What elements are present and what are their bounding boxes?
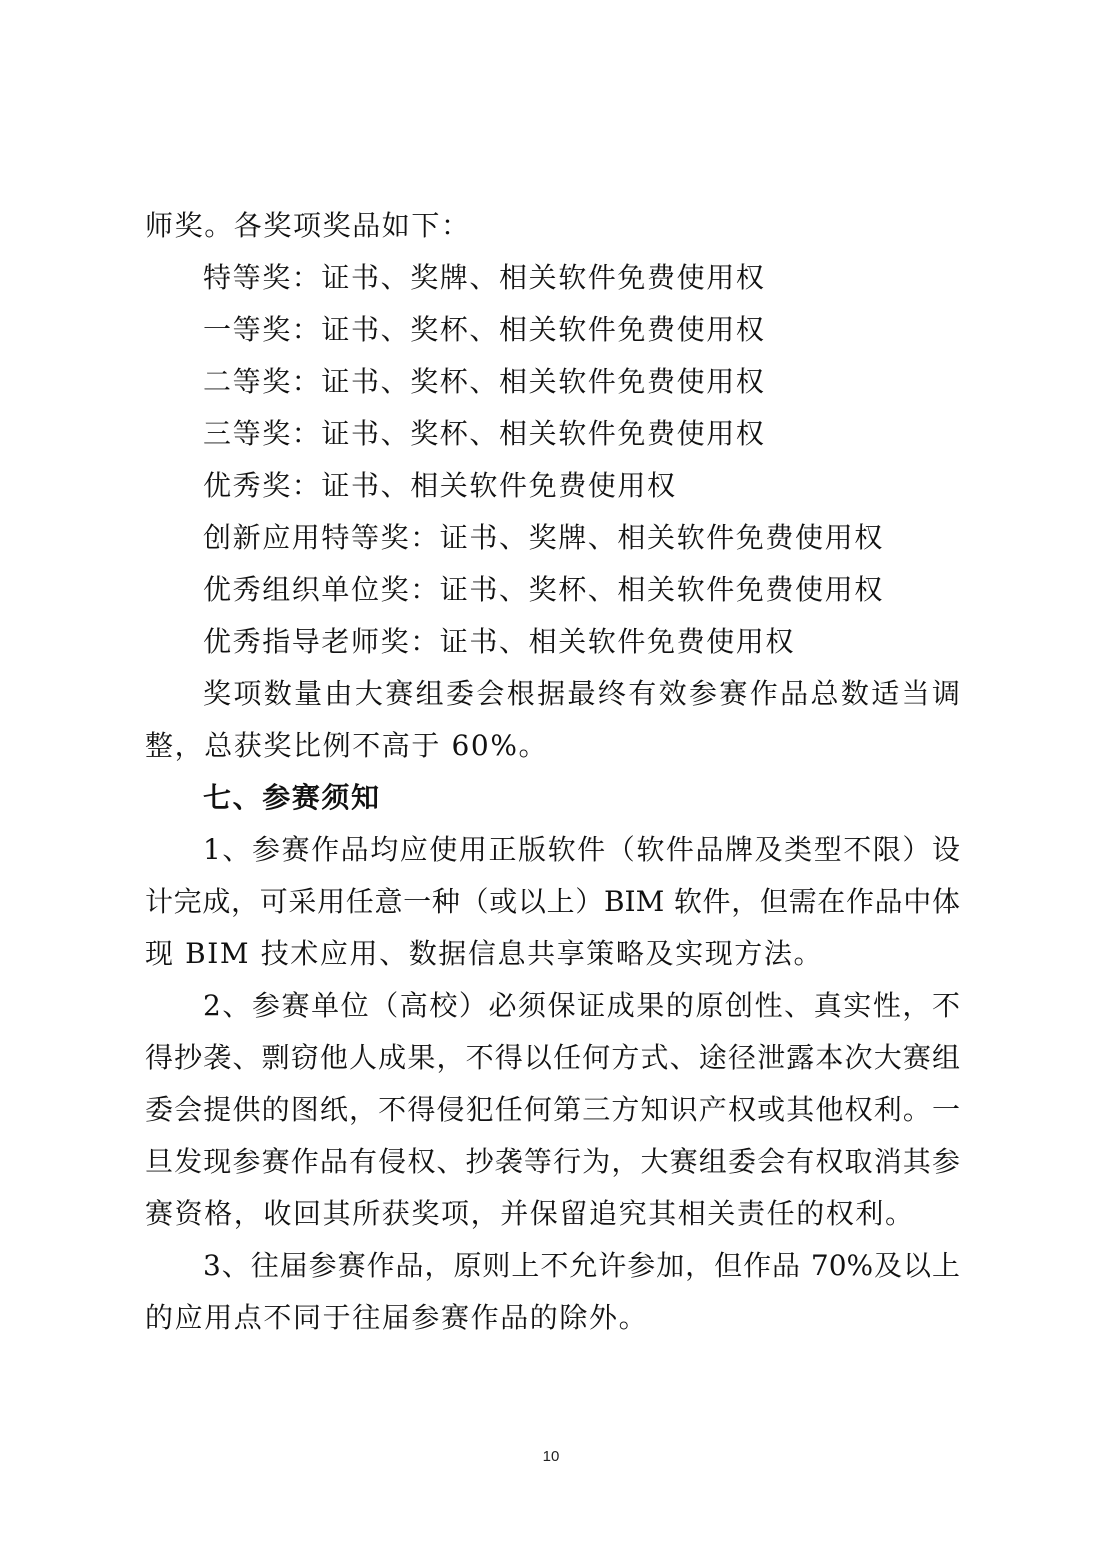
award-item: 优秀奖：证书、相关软件免费使用权 — [203, 470, 677, 502]
rule-line: 的应用点不同于往届参赛作品的除外。 — [145, 1302, 648, 1334]
rule-line: 旦发现参赛作品有侵权、抄袭等行为，大赛组委会有权取消其参 — [145, 1146, 960, 1178]
award-item: 创新应用特等奖：证书、奖牌、相关软件免费使用权 — [203, 522, 884, 554]
award-note-line: 整，总获奖比例不高于 60%。 — [145, 730, 548, 762]
section-heading: 七、参赛须知 — [203, 782, 381, 814]
rule-line: 得抄袭、剽窃他人成果，不得以任何方式、途径泄露本次大赛组 — [145, 1042, 960, 1074]
award-item: 三等奖：证书、奖杯、相关软件免费使用权 — [203, 418, 765, 450]
rule-line: 3、往届参赛作品，原则上不允许参加，但作品 70%及以上 — [203, 1250, 960, 1282]
rule-line: 2、参赛单位（高校）必须保证成果的原创性、真实性，不 — [203, 990, 960, 1022]
award-note-line: 奖项数量由大赛组委会根据最终有效参赛作品总数适当调 — [203, 678, 960, 710]
award-item: 特等奖：证书、奖牌、相关软件免费使用权 — [203, 262, 765, 294]
rule-line: 1、参赛作品均应使用正版软件（软件品牌及类型不限）设 — [203, 834, 960, 866]
award-item: 二等奖：证书、奖杯、相关软件免费使用权 — [203, 366, 765, 398]
award-item: 一等奖：证书、奖杯、相关软件免费使用权 — [203, 314, 765, 346]
intro-line: 师奖。各奖项奖品如下： — [145, 210, 471, 242]
award-item: 优秀组织单位奖：证书、奖杯、相关软件免费使用权 — [203, 574, 884, 606]
rule-line: 赛资格，收回其所获奖项，并保留追究其相关责任的权利。 — [145, 1198, 915, 1230]
rule-line: 计完成，可采用任意一种（或以上）BIM 软件，但需在作品中体 — [145, 886, 960, 918]
rule-line: 现 BIM 技术应用、数据信息共享策略及实现方法。 — [145, 938, 823, 970]
rule-line: 委会提供的图纸，不得侵犯任何第三方知识产权或其他权利。一 — [145, 1094, 960, 1126]
page-number: 10 — [0, 1448, 1102, 1465]
award-item: 优秀指导老师奖：证书、相关软件免费使用权 — [203, 626, 795, 658]
